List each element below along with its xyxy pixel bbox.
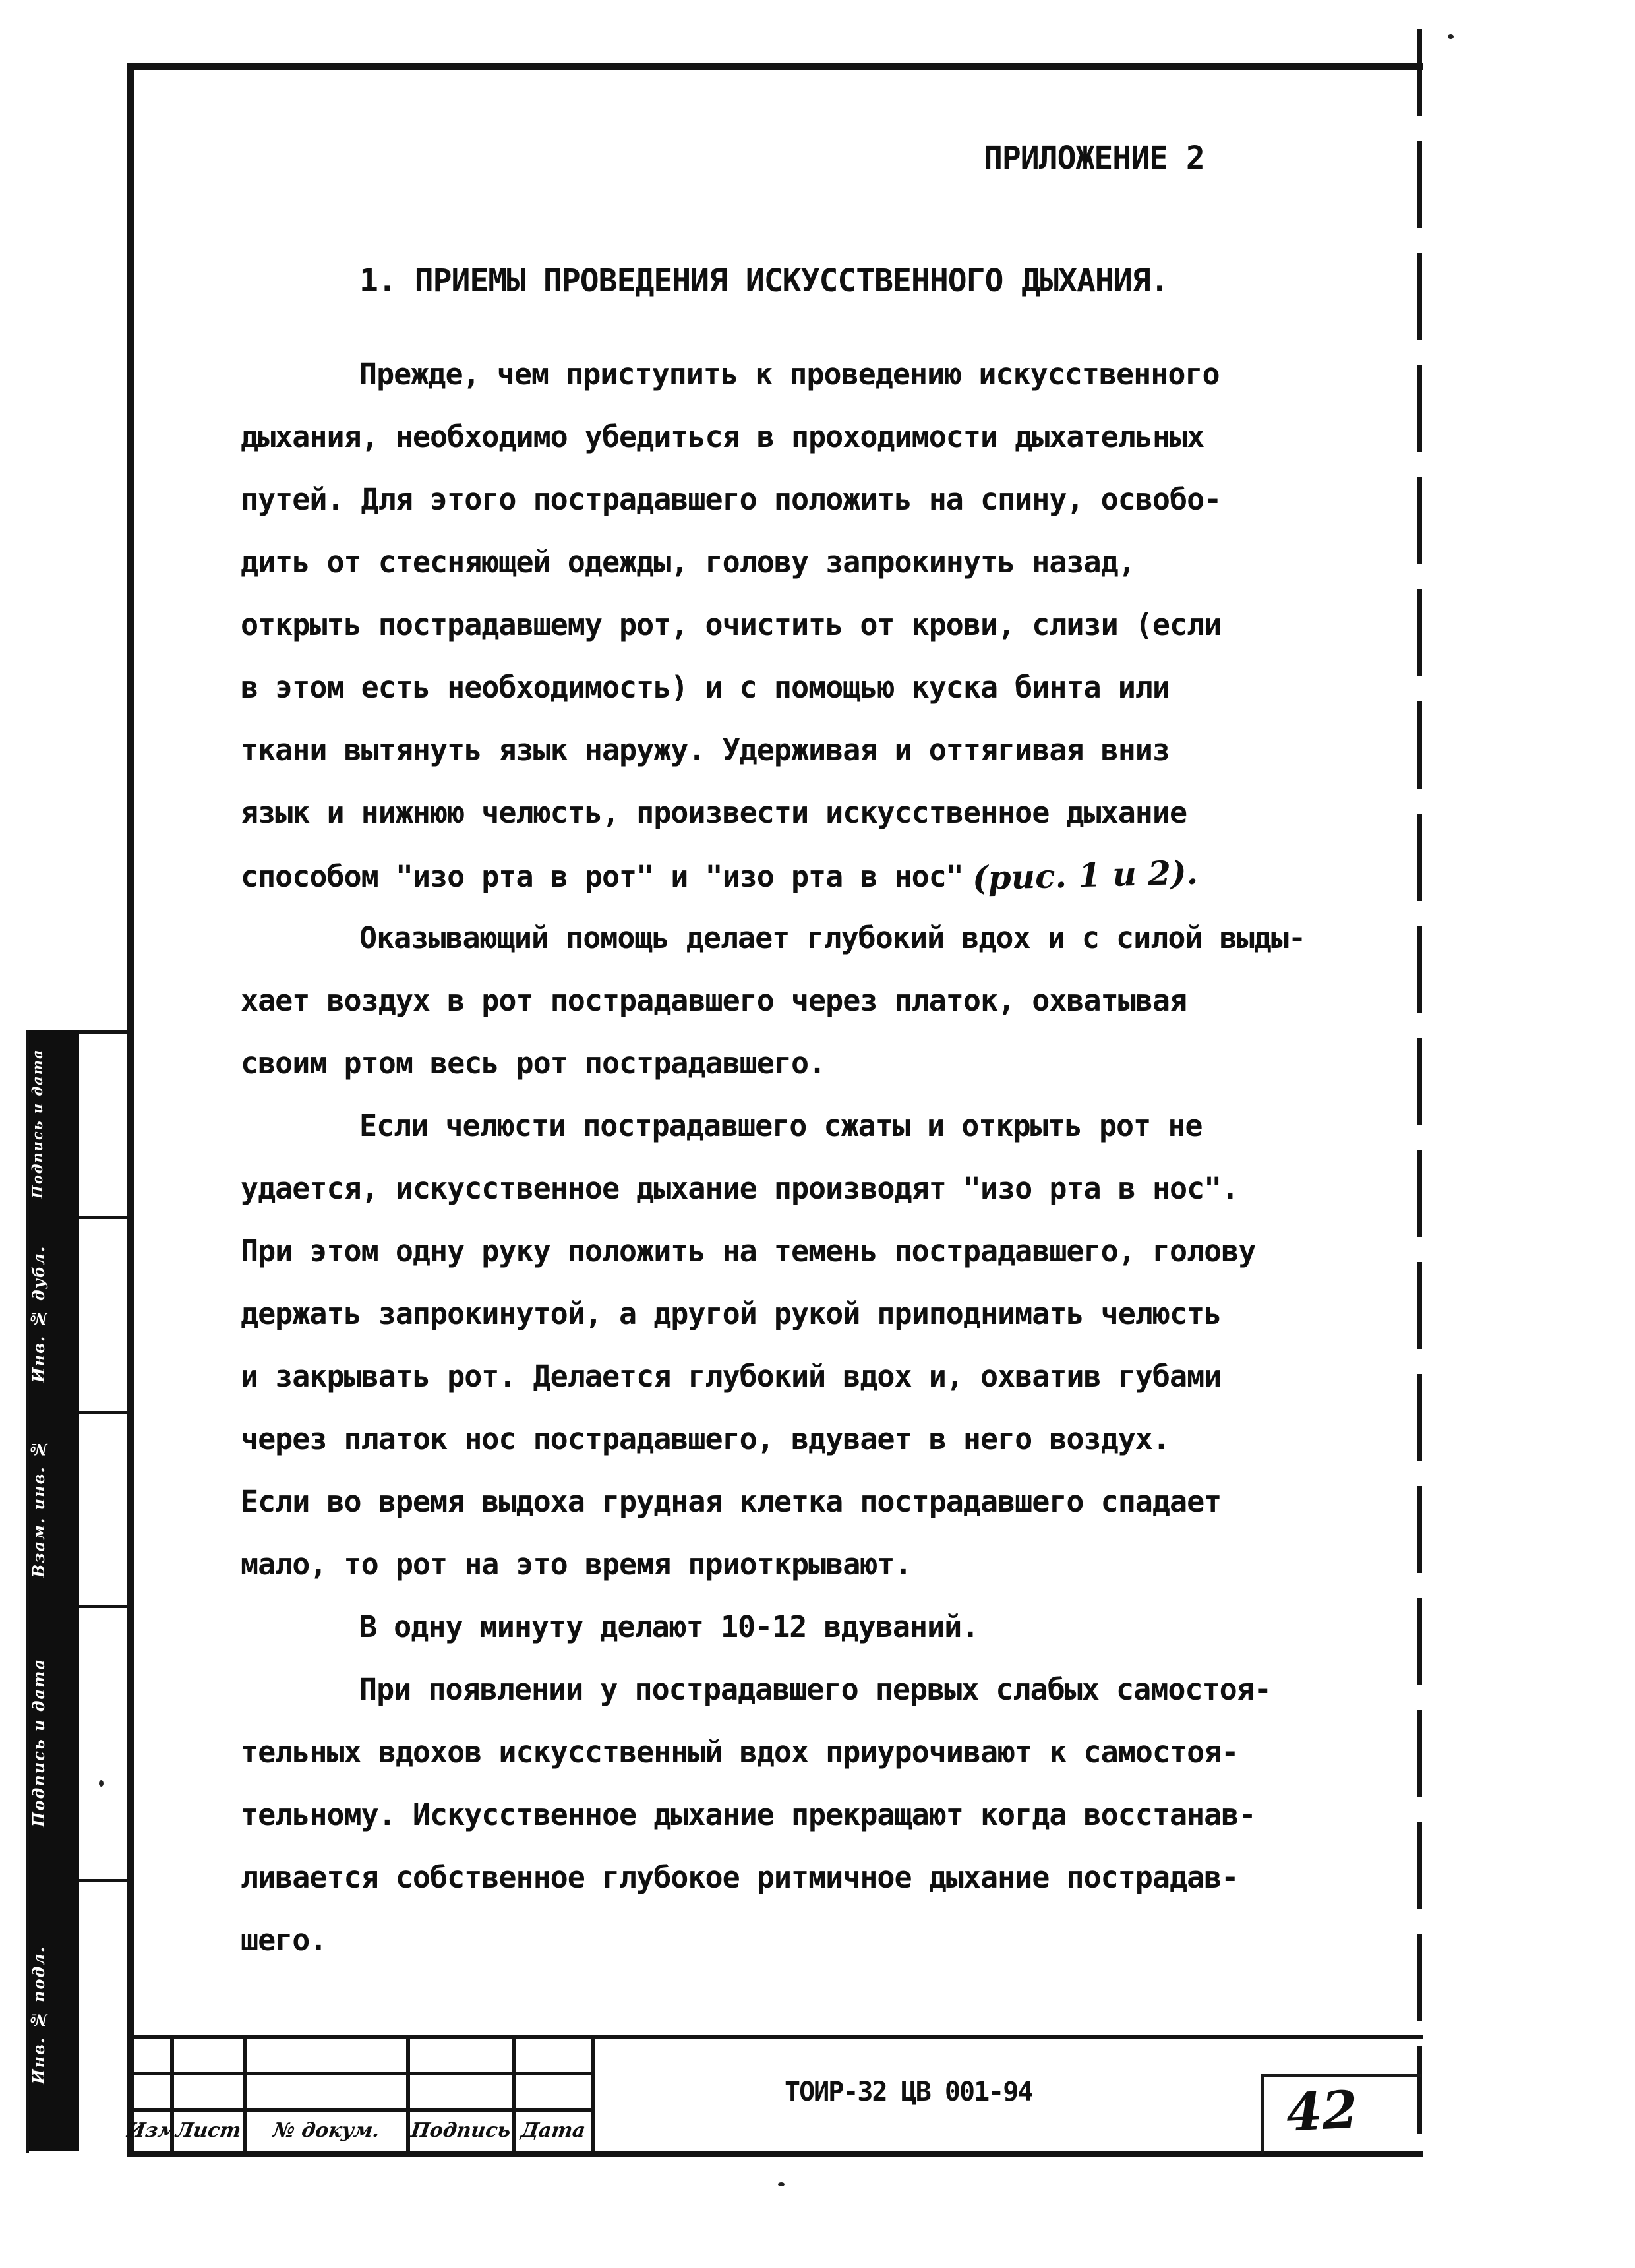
page-number-box: 42 <box>1261 2074 1421 2154</box>
scan-speck <box>778 2182 785 2186</box>
body-line: тельных вдохов искусственный вдох приуро… <box>241 1721 1427 1783</box>
scan-speck <box>99 1780 104 1787</box>
body-line: шего. <box>241 1909 1427 1971</box>
body-line-with-handwritten-note: способом "изо рта в рот" и "изо рта в но… <box>241 844 1427 907</box>
stamp-cell-podpis: Подпись <box>407 2112 514 2149</box>
document-code: ТОИР-32 ЦВ 001-94 <box>785 2077 1032 2107</box>
stamp-middle-line <box>127 2072 595 2075</box>
body-line: мало, то рот на это время приоткрывают. <box>241 1533 1427 1596</box>
body-line: держать запрокинутой, а другой рукой при… <box>241 1282 1427 1345</box>
handwritten-figure-reference: (рис. 1 и 2). <box>972 841 1199 910</box>
body-line: В одну минуту делают 10-12 вдуваний. <box>241 1596 1427 1658</box>
margin-cell-divider <box>79 1411 127 1414</box>
page-number: 42 <box>1285 2079 1359 2143</box>
stamp-cell-izm: Изм <box>124 2112 173 2149</box>
body-text-block: Прежде, чем приступить к проведению иску… <box>241 343 1427 1971</box>
body-line: Если челюсти пострадавшего сжаты и откры… <box>241 1094 1427 1157</box>
frame-bottom-border <box>127 2151 1423 2157</box>
body-line: Если во время выдоха грудная клетка пост… <box>241 1470 1427 1533</box>
body-line: открыть пострадавшему рот, очистить от к… <box>241 593 1427 656</box>
body-line: и закрывать рот. Делается глубокий вдох … <box>241 1345 1427 1408</box>
stamp-cell-doc-number: № докум. <box>244 2112 409 2149</box>
body-line: При этом одну руку положить на темень по… <box>241 1220 1427 1282</box>
scan-speck <box>1448 34 1454 39</box>
margin-label-vzam-inv: Взам. инв. № <box>29 1414 79 1603</box>
section-title: 1. ПРИЕМЫ ПРОВЕДЕНИЯ ИСКУССТВЕННОГО ДЫХА… <box>359 262 1169 299</box>
frame-left-border <box>127 63 134 2157</box>
body-line: через платок нос пострадавшего, вдувает … <box>241 1408 1427 1470</box>
body-line: своим ртом весь рот пострадавшего. <box>241 1032 1427 1094</box>
margin-label-inv-podl: Инв. № подл. <box>29 1882 79 2148</box>
body-line: дить от стесняющей одежды, голову запрок… <box>241 531 1427 593</box>
body-line: путей. Для этого пострадавшего положить … <box>241 468 1427 531</box>
margin-cell-divider <box>79 1879 127 1882</box>
margin-label-podpis-data-lower: Подпись и дата <box>29 1608 79 1876</box>
appendix-label: ПРИЛОЖЕНИЕ 2 <box>984 140 1204 177</box>
stamp-top-line <box>127 2035 1423 2039</box>
body-line: удается, искусственное дыхание производя… <box>241 1157 1427 1220</box>
body-line: ливается собственное глубокое ритмичное … <box>241 1846 1427 1909</box>
frame-top-border <box>127 63 1423 70</box>
margin-cell-divider <box>79 1605 127 1608</box>
body-line: ткани вытянуть язык наружу. Удерживая и … <box>241 719 1427 781</box>
body-line: тельному. Искусственное дыхание прекраща… <box>241 1783 1427 1846</box>
body-line: Прежде, чем приступить к проведению иску… <box>241 343 1427 405</box>
body-line-typed-part: способом "изо рта в рот" и "изо рта в но… <box>241 859 963 894</box>
stamp-right-edge <box>591 2035 595 2151</box>
margin-cell-divider <box>79 1216 127 1219</box>
body-line: в этом есть необходимость) и с помощью к… <box>241 656 1427 719</box>
margin-label-podpis-data-upper: Подпись и дата <box>29 1033 79 1214</box>
body-line: хает воздух в рот пострадавшего через пл… <box>241 969 1427 1032</box>
stamp-cell-list: Лист <box>171 2112 245 2149</box>
body-line: язык и нижнюю челюсть, произвести искусс… <box>241 781 1427 844</box>
margin-label-inv-dubl: Инв. № дубл. <box>29 1219 79 1408</box>
scanned-document-page: ПРИЛОЖЕНИЕ 2 1. ПРИЕМЫ ПРОВЕДЕНИЯ ИСКУСС… <box>0 0 1635 2268</box>
body-line: дыхания, необходимо убедиться в проходим… <box>241 405 1427 468</box>
stamp-cell-data: Дата <box>513 2112 593 2149</box>
body-line: Оказывающий помощь делает глубокий вдох … <box>241 907 1427 969</box>
body-line: При появлении у пострадавшего первых сла… <box>241 1658 1427 1721</box>
